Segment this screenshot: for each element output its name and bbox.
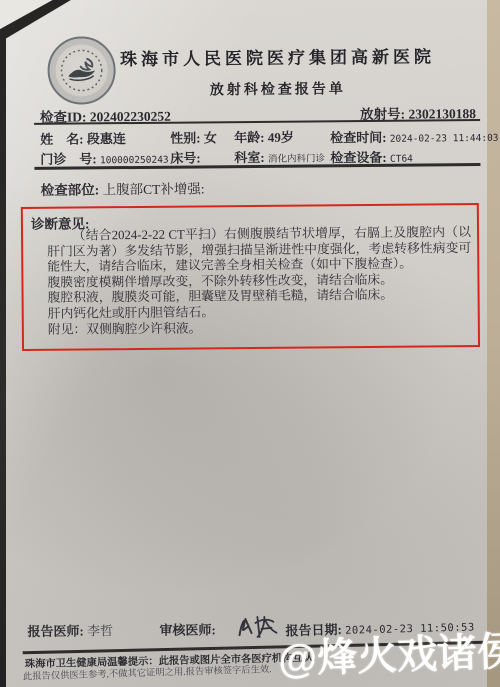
report-doctor-field: 报告医师: 李哲 [27, 620, 113, 640]
report-title: 放射科检查报告单 [110, 77, 446, 100]
body-part-row: 检查部位: 上腹部CT补增强: [41, 177, 205, 198]
patient-name-value: 段惠连 [87, 131, 126, 146]
bed-no-label: 床号: [170, 150, 200, 165]
hospital-name: 珠海市人民医院医疗集团高新医院 [109, 42, 445, 70]
review-doctor-field: 审核医师: [159, 619, 216, 638]
patient-name-field: 姓 名: 段惠连 [40, 128, 126, 148]
reviewer-signature-handwriting-icon [231, 609, 279, 645]
hospital-emblem-swan-icon [58, 47, 104, 93]
hospital-logo-icon [47, 36, 116, 105]
diagnosis-findings: （结合2024-2-22 CT平扫）右侧腹膜结节状增厚，右膈上及腹腔内（以肝门区… [47, 225, 472, 338]
report-content: 珠海市人民医院医疗集团高新医院 放射科检查报告单 检查ID: 202402230… [0, 0, 500, 687]
outpatient-no-label: 门诊 号: [40, 151, 96, 166]
age-label: 年龄: [234, 130, 264, 145]
gender-field: 性别: 女 [170, 127, 217, 146]
patient-name-label: 姓 名: [40, 131, 83, 146]
department-label: 科室: [234, 150, 264, 165]
department-value: 消化内科门诊 [268, 153, 325, 164]
report-doctor-label: 报告医师: [27, 623, 83, 638]
gender-value: 女 [204, 130, 217, 145]
finding-paragraph: （结合2024-2-22 CT平扫）右侧腹膜结节状增厚，右膈上及腹腔内（以肝门区… [47, 225, 471, 275]
gender-label: 性别: [170, 130, 200, 145]
review-doctor-label: 审核医师: [159, 622, 215, 637]
photo-frame: 珠海市人民医院医疗集团高新医院 放射科检查报告单 检查ID: 202402230… [0, 0, 500, 687]
report-doctor-value: 李哲 [87, 623, 113, 638]
body-part-label: 检查部位: [41, 182, 100, 198]
body-part-value: 上腹部CT补增强: [102, 181, 204, 197]
outpatient-no-value: 100000250243 [100, 155, 169, 167]
exam-time-field: 检查时间: 2024-02-23 11:44:03 [330, 126, 498, 146]
exam-time-label: 检查时间: [330, 130, 386, 145]
age-value: 49岁 [268, 130, 294, 145]
age-field: 年龄: 49岁 [234, 127, 294, 147]
exam-time-value: 2024-02-23 11:44:03 [390, 133, 499, 145]
department-field: 科室: 消化内科门诊 [234, 146, 325, 166]
bed-no-field: 床号: [170, 147, 201, 166]
outpatient-no-field: 门诊 号: 100000250243 [40, 148, 168, 168]
watermark-text: @烽火戏诸侯 [277, 620, 500, 685]
